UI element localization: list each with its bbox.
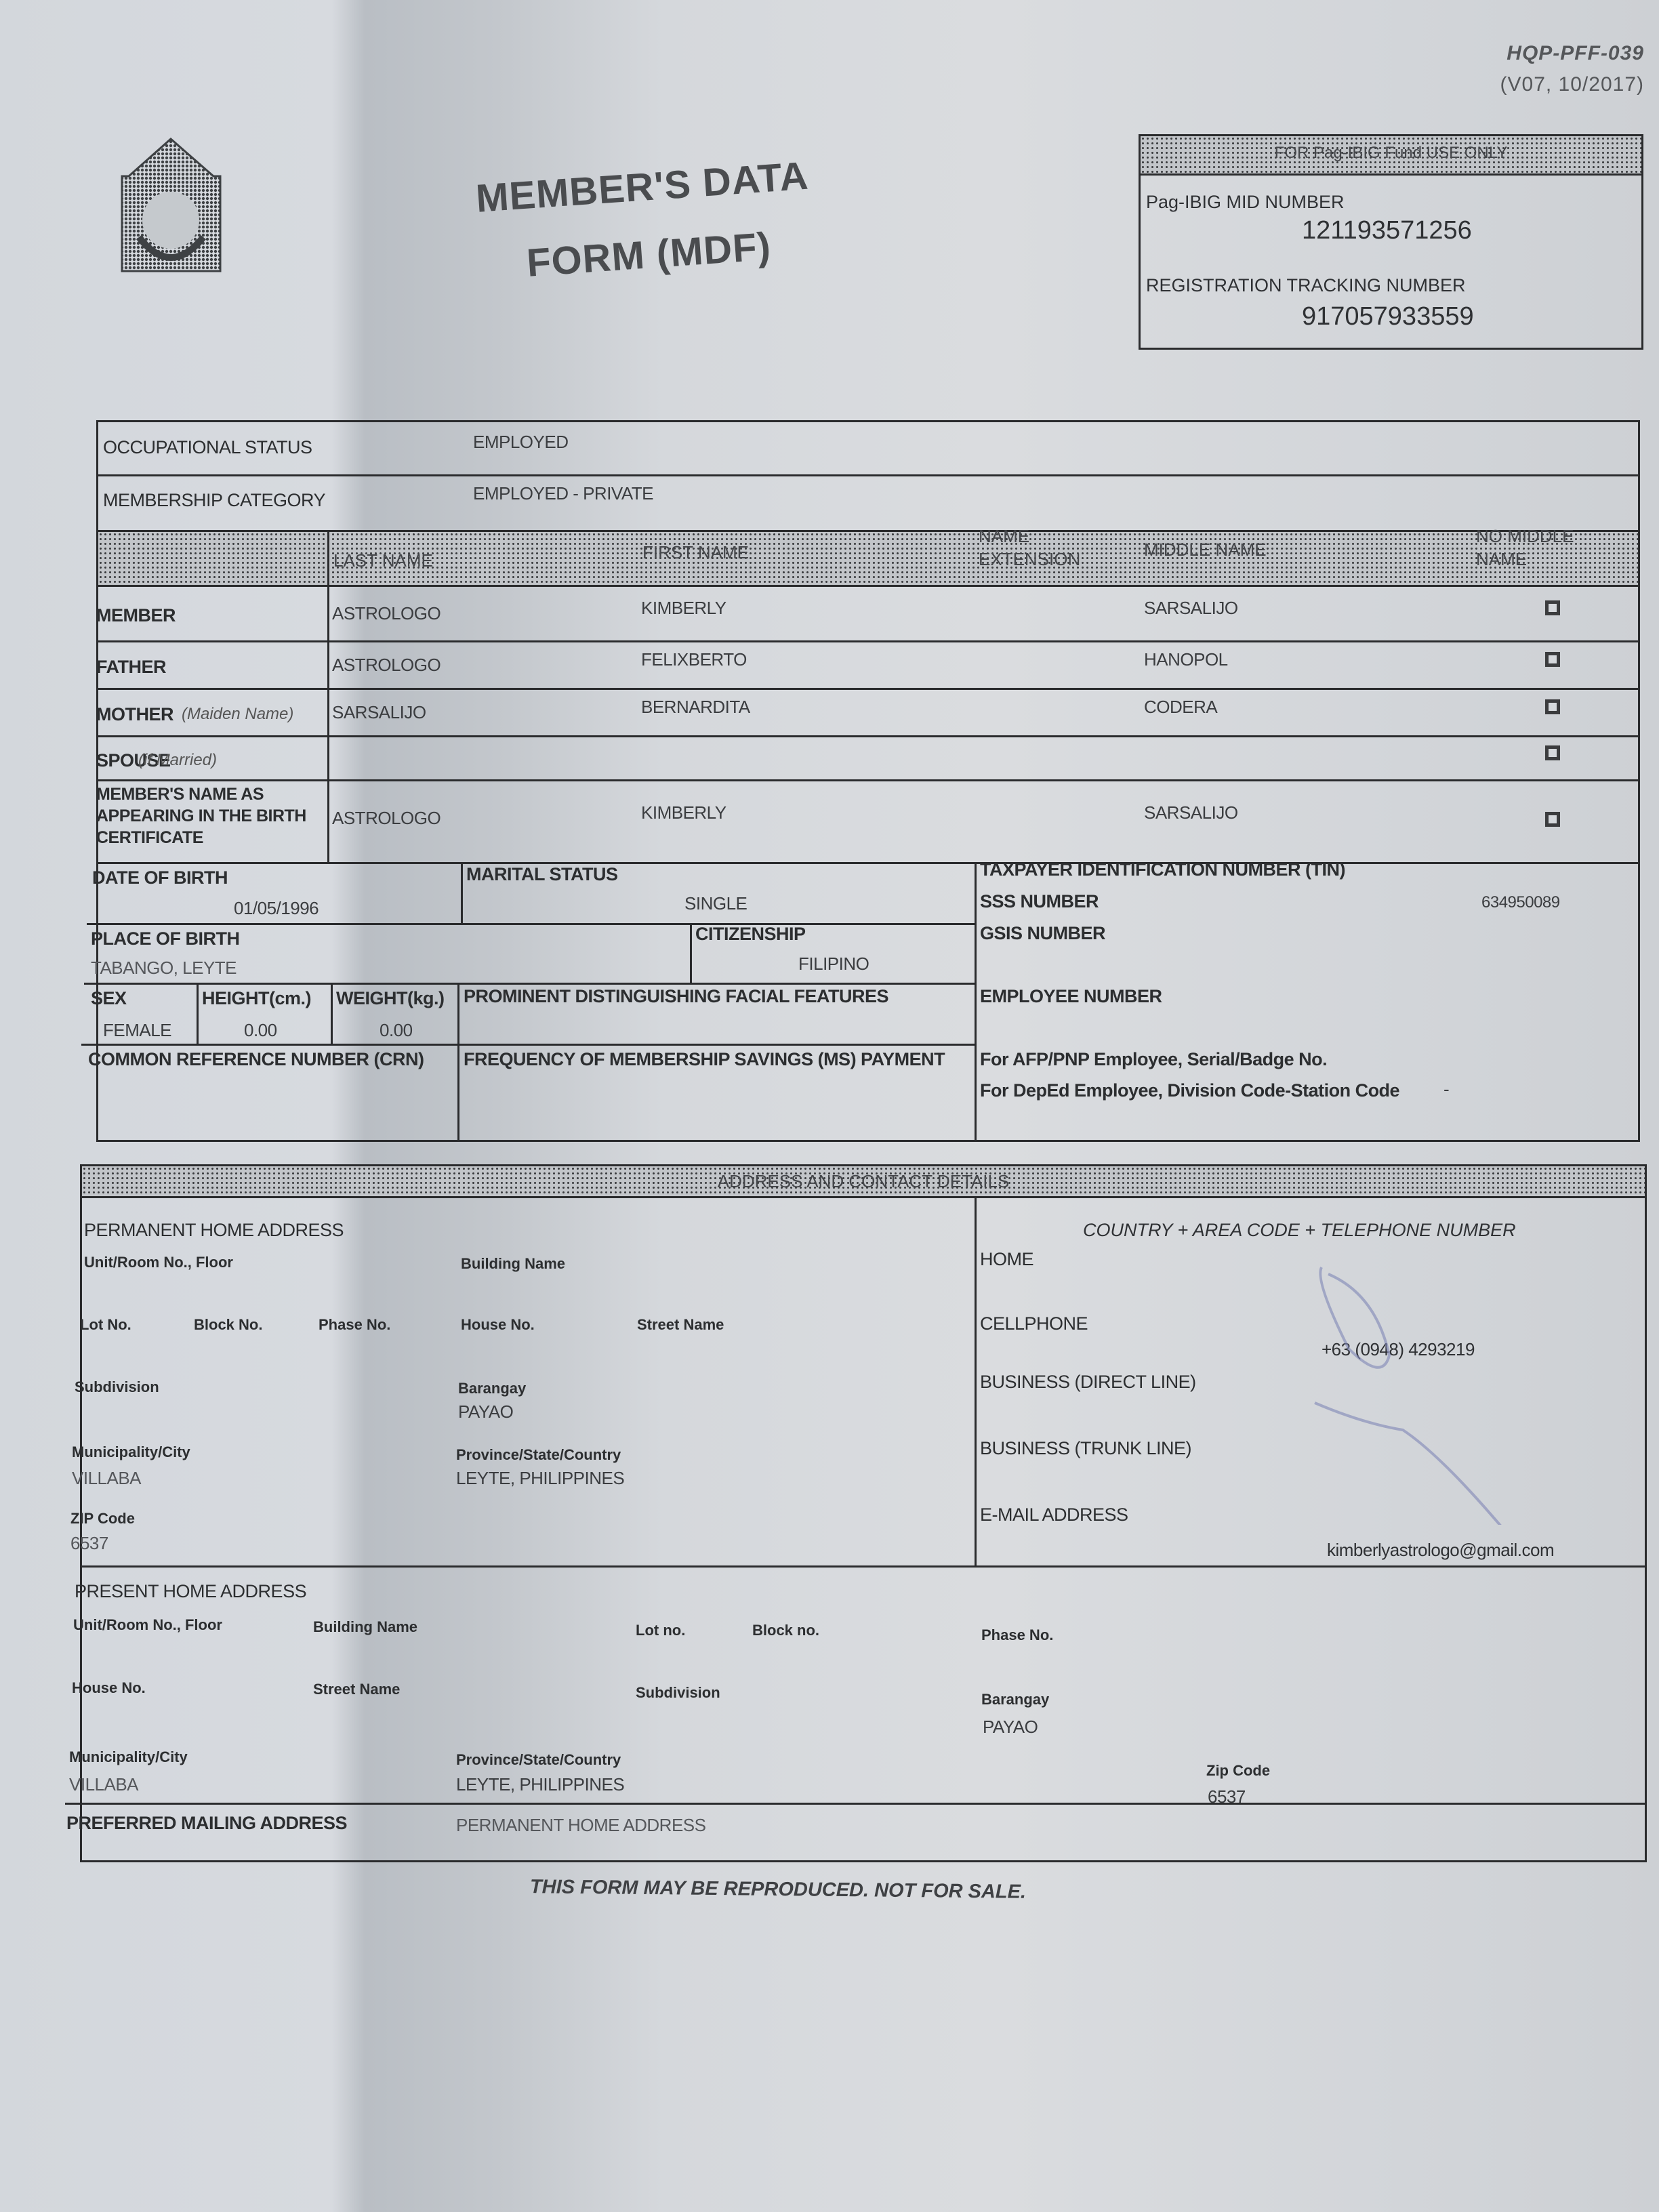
business-trunk-label: BUSINESS (TRUNK LINE) xyxy=(980,1438,1191,1459)
form-title-line2: FORM (MDF) xyxy=(525,224,773,286)
sss-label: SSS NUMBER xyxy=(980,891,1099,912)
phone-format-hint: COUNTRY + AREA CODE + TELEPHONE NUMBER xyxy=(1083,1220,1516,1241)
membership-category-value: EMPLOYED - PRIVATE xyxy=(473,483,653,504)
sss-value: 634950089 xyxy=(1481,893,1560,912)
name-row-label: MEMBER'S NAME AS APPEARING IN THE BIRTH … xyxy=(96,783,320,848)
perm-barangay-value: PAYAO xyxy=(458,1401,513,1422)
no-middle-name-checkbox[interactable] xyxy=(1545,652,1560,667)
perm-phase-label: Phase No. xyxy=(319,1316,390,1334)
pres-street-label: Street Name xyxy=(313,1681,400,1698)
name-row-note: (if Married) xyxy=(138,751,217,770)
deped-value: - xyxy=(1443,1079,1449,1100)
crn-label: COMMON REFERENCE NUMBER (CRN) xyxy=(88,1049,424,1070)
footer-note: THIS FORM MAY BE REPRODUCED. NOT FOR SAL… xyxy=(530,1876,1026,1904)
pres-barangay-value: PAYAO xyxy=(983,1717,1038,1738)
col-last-name: LAST NAME xyxy=(333,550,433,571)
pres-block-label: Block no. xyxy=(752,1622,819,1639)
pres-building-label: Building Name xyxy=(313,1618,417,1636)
perm-street-label: Street Name xyxy=(637,1316,724,1334)
pres-province-value: LEYTE, PHILIPPINES xyxy=(456,1774,624,1795)
dob-value: 01/05/1996 xyxy=(234,898,319,919)
perm-house-label: House No. xyxy=(461,1316,535,1334)
last-name-cell: ASTROLOGO xyxy=(332,603,441,624)
perm-unit-label: Unit/Room No., Floor xyxy=(84,1254,233,1271)
form-title-line1: MEMBER'S DATA xyxy=(474,153,810,222)
pres-unit-label: Unit/Room No., Floor xyxy=(73,1616,222,1634)
perm-barangay-label: Barangay xyxy=(458,1380,526,1397)
height-value: 0.00 xyxy=(244,1020,277,1041)
pres-municipality-value: VILLABA xyxy=(69,1774,138,1795)
mid-number-value: 121193571256 xyxy=(1302,216,1472,245)
fund-use-header: FOR Pag-IBIG Fund USE ONLY xyxy=(1275,144,1508,162)
facial-features-label: PROMINENT DISTINGUISHING FACIAL FEATURES xyxy=(464,986,888,1007)
pob-value: TABANGO, LEYTE xyxy=(91,958,237,979)
perm-subdivision-label: Subdivision xyxy=(75,1378,159,1396)
first-name-cell: FELIXBERTO xyxy=(641,649,747,670)
citizenship-label: CITIZENSHIP xyxy=(695,924,806,945)
permanent-address-title: PERMANENT HOME ADDRESS xyxy=(84,1220,344,1241)
membership-category-label: MEMBERSHIP CATEGORY xyxy=(103,490,325,511)
mailing-address-value: PERMANENT HOME ADDRESS xyxy=(456,1815,705,1836)
middle-name-cell: SARSALIJO xyxy=(1144,802,1238,823)
citizenship-value: FILIPINO xyxy=(798,954,869,975)
name-row-label: FATHER xyxy=(96,656,320,678)
perm-municipality-value: VILLABA xyxy=(72,1468,141,1489)
perm-zip-value: 6537 xyxy=(70,1533,108,1554)
sex-value: FEMALE xyxy=(103,1020,171,1041)
mailing-address-label: PREFERRED MAILING ADDRESS xyxy=(66,1813,347,1834)
first-name-cell: KIMBERLY xyxy=(641,598,726,619)
pres-house-label: House No. xyxy=(72,1679,146,1697)
no-middle-name-checkbox[interactable] xyxy=(1545,812,1560,827)
pres-phase-label: Phase No. xyxy=(981,1626,1053,1644)
no-middle-name-checkbox[interactable] xyxy=(1545,699,1560,714)
mid-number-label: Pag-IBIG MID NUMBER xyxy=(1146,192,1345,213)
first-name-cell: KIMBERLY xyxy=(641,802,726,823)
no-middle-name-checkbox[interactable] xyxy=(1545,600,1560,615)
form-code: HQP-PFF-039 xyxy=(1507,42,1644,65)
form-version: (V07, 10/2017) xyxy=(1500,73,1644,96)
weight-label: WEIGHT(kg.) xyxy=(336,988,444,1009)
col-middle-name: MIDDLE NAME xyxy=(1144,539,1267,560)
height-label: HEIGHT(cm.) xyxy=(202,988,311,1009)
marital-status-value: SINGLE xyxy=(684,893,747,914)
first-name-cell: BERNARDITA xyxy=(641,697,750,718)
rtn-label: REGISTRATION TRACKING NUMBER xyxy=(1146,275,1466,296)
fund-use-only-box: FOR Pag-IBIG Fund USE ONLY Pag-IBIG MID … xyxy=(1139,134,1643,350)
email-value: kimberlyastrologo@gmail.com xyxy=(1327,1540,1554,1561)
col-no-middle-name: NO MIDDLE NAME xyxy=(1476,525,1612,571)
address-section-header: ADDRESS AND CONTACT DETAILS xyxy=(82,1166,1645,1198)
perm-block-label: Block No. xyxy=(194,1316,262,1334)
occupational-status-label: OCCUPATIONAL STATUS xyxy=(103,437,312,458)
deped-label: For DepEd Employee, Division Code-Statio… xyxy=(980,1080,1399,1101)
last-name-cell: SARSALIJO xyxy=(332,702,426,723)
perm-province-label: Province/State/Country xyxy=(456,1446,621,1464)
name-row-label: MEMBER xyxy=(96,605,320,626)
signature-mark-icon xyxy=(1308,1254,1532,1525)
sex-label: SEX xyxy=(91,988,127,1009)
marital-status-label: MARITAL STATUS xyxy=(466,864,617,885)
perm-zip-label: ZIP Code xyxy=(70,1510,135,1528)
afp-pnp-label: For AFP/PNP Employee, Serial/Badge No. xyxy=(980,1049,1327,1070)
pob-label: PLACE OF BIRTH xyxy=(91,928,240,949)
pres-municipality-label: Municipality/City xyxy=(69,1748,188,1766)
pres-barangay-label: Barangay xyxy=(981,1691,1049,1708)
ms-frequency-label: FREQUENCY OF MEMBERSHIP SAVINGS (MS) PAY… xyxy=(464,1049,945,1070)
perm-municipality-label: Municipality/City xyxy=(72,1443,190,1461)
middle-name-cell: SARSALIJO xyxy=(1144,598,1238,619)
home-phone-label: HOME xyxy=(980,1249,1033,1270)
pres-lot-label: Lot no. xyxy=(636,1622,685,1639)
col-name-extension: NAME EXTENSION xyxy=(979,525,1101,571)
perm-building-label: Building Name xyxy=(461,1255,565,1273)
cellphone-label: CELLPHONE xyxy=(980,1313,1088,1334)
no-middle-name-checkbox[interactable] xyxy=(1545,745,1560,760)
pres-zip-label: Zip Code xyxy=(1206,1762,1270,1780)
col-first-name: FIRST NAME xyxy=(642,542,749,563)
tin-label: TAXPAYER IDENTIFICATION NUMBER (TIN) xyxy=(980,859,1345,880)
perm-province-value: LEYTE, PHILIPPINES xyxy=(456,1468,624,1489)
rtn-value: 917057933559 xyxy=(1302,302,1474,331)
employee-number-label: EMPLOYEE NUMBER xyxy=(980,986,1162,1007)
dob-label: DATE OF BIRTH xyxy=(92,867,228,888)
occupational-status-value: EMPLOYED xyxy=(473,432,569,453)
middle-name-cell: CODERA xyxy=(1144,697,1217,718)
name-row-note: (Maiden Name) xyxy=(182,705,293,724)
last-name-cell: ASTROLOGO xyxy=(332,655,441,676)
pag-ibig-logo-icon xyxy=(112,136,230,278)
business-direct-label: BUSINESS (DIRECT LINE) xyxy=(980,1372,1196,1393)
middle-name-cell: HANOPOL xyxy=(1144,649,1228,670)
perm-lot-label: Lot No. xyxy=(80,1316,131,1334)
present-address-title: PRESENT HOME ADDRESS xyxy=(75,1581,306,1602)
pres-subdivision-label: Subdivision xyxy=(636,1684,720,1702)
gsis-label: GSIS NUMBER xyxy=(980,923,1105,944)
email-label: E-MAIL ADDRESS xyxy=(980,1504,1128,1525)
last-name-cell: ASTROLOGO xyxy=(332,808,441,829)
weight-value: 0.00 xyxy=(380,1020,413,1041)
scanned-form-page: HQP-PFF-039 (V07, 10/2017) MEMBER'S DATA… xyxy=(0,0,1659,2212)
pres-province-label: Province/State/Country xyxy=(456,1751,621,1769)
